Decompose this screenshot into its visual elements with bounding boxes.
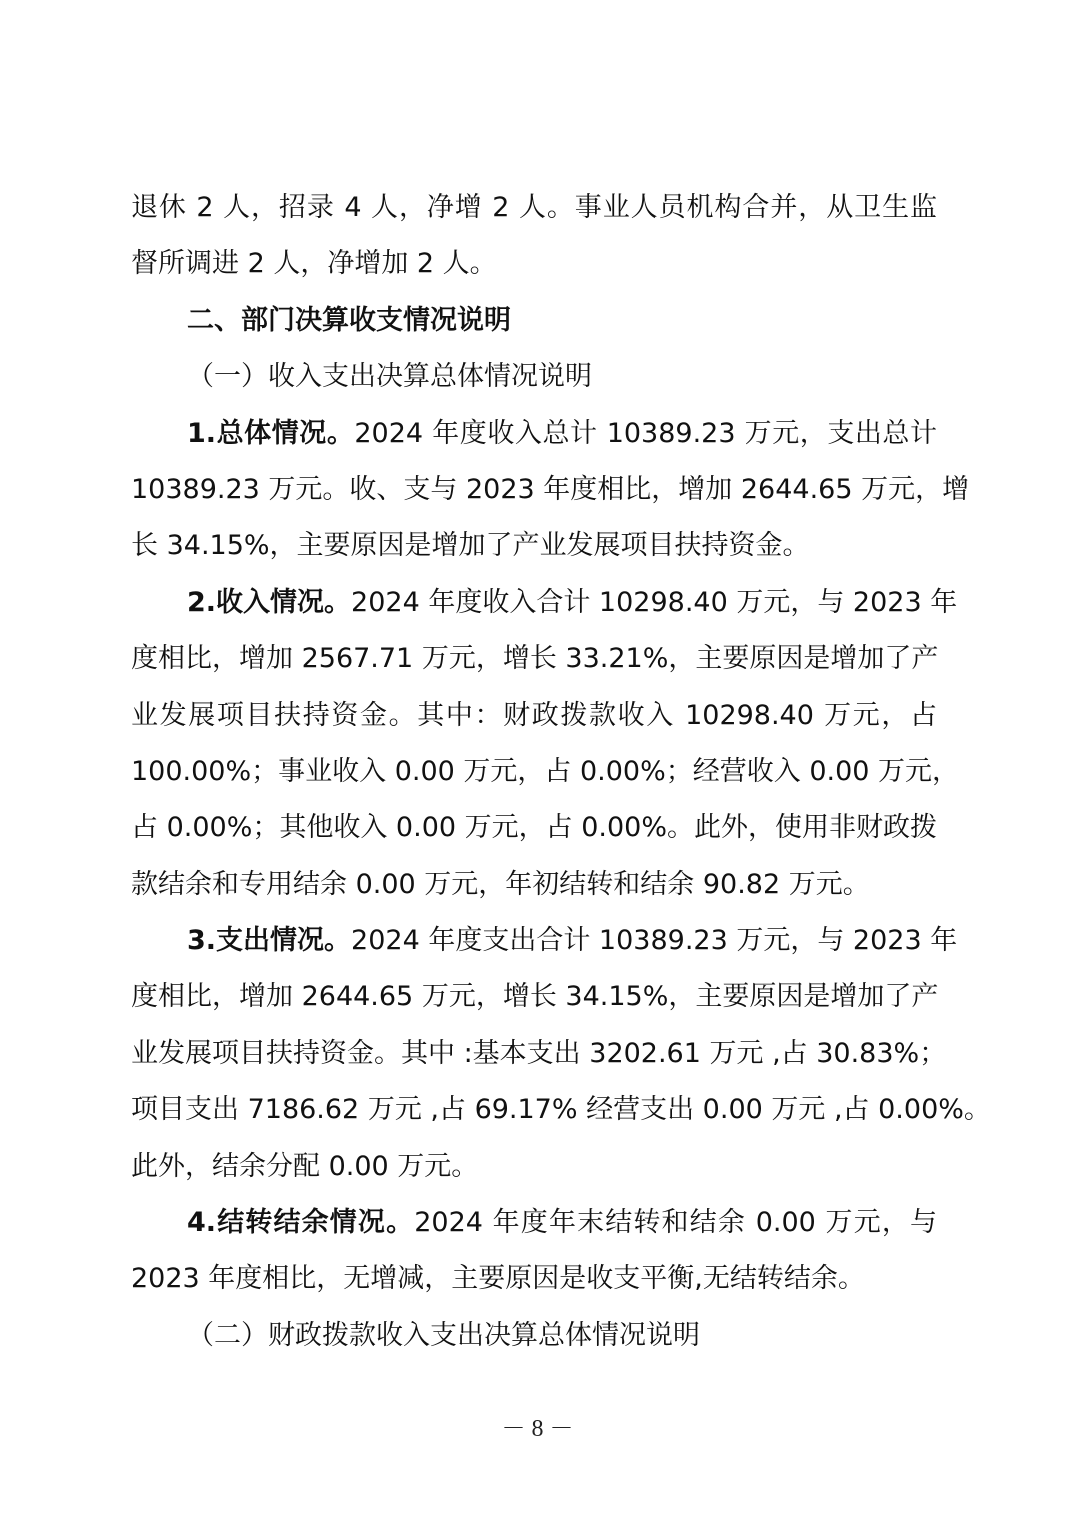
text-line: 占 0.00%；其他收入 0.00 万元，占 0.00%。此外，使用非财政拨 — [131, 806, 937, 862]
text-line: 督所调进 2 人，净增加 2 人。 — [131, 242, 937, 298]
paragraph-start: 3.支出情况。2024 年度支出合计 10389.23 万元，与 2023 年 — [131, 919, 937, 975]
document-page: 退休 2 人，招录 4 人，净增 2 人。事业人员机构合并，从卫生监 督所调进 … — [131, 186, 937, 1370]
text-line: 度相比，增加 2644.65 万元，增长 34.15%，主要原因是增加了产 — [131, 975, 937, 1031]
subsection-heading: （二）财政拨款收入支出决算总体情况说明 — [131, 1314, 937, 1370]
text-line: 退休 2 人，招录 4 人，净增 2 人。事业人员机构合并，从卫生监 — [131, 186, 937, 242]
page-number: － 8 － — [0, 1408, 1075, 1443]
text-line: 款结余和专用结余 0.00 万元，年初结转和结余 90.82 万元。 — [131, 863, 937, 919]
text-line: 2023 年度相比，无增减，主要原因是收支平衡,无结转结余。 — [131, 1257, 937, 1313]
text-line: 100.00%；事业收入 0.00 万元，占 0.00%；经营收入 0.00 万… — [131, 750, 937, 806]
paragraph-text: 2024 年度支出合计 10389.23 万元，与 2023 年 — [351, 925, 957, 956]
text-line: 项目支出 7186.62 万元 ,占 69.17% 经营支出 0.00 万元 ,… — [131, 1088, 937, 1144]
paragraph-start: 1.总体情况。2024 年度收入总计 10389.23 万元，支出总计 — [131, 412, 937, 468]
text-line: 10389.23 万元。收、支与 2023 年度相比，增加 2644.65 万元… — [131, 468, 937, 524]
paragraph-text: 2024 年度收入合计 10298.40 万元，与 2023 年 — [351, 587, 957, 618]
section-heading: 二、部门决算收支情况说明 — [131, 299, 937, 355]
text-line: 长 34.15%，主要原因是增加了产业发展项目扶持资金。 — [131, 524, 937, 580]
paragraph-text: 2024 年度年末结转和结余 0.00 万元，与 — [414, 1207, 937, 1238]
text-line: 度相比，增加 2567.71 万元，增长 33.21%，主要原因是增加了产 — [131, 637, 937, 693]
paragraph-lead: 2.收入情况。 — [187, 587, 351, 618]
text-line: 业发展项目扶持资金。其中 :基本支出 3202.61 万元 ,占 30.83%； — [131, 1032, 937, 1088]
paragraph-start: 2.收入情况。2024 年度收入合计 10298.40 万元，与 2023 年 — [131, 581, 937, 637]
text-line: 此外，结余分配 0.00 万元。 — [131, 1145, 937, 1201]
paragraph-start: 4.结转结余情况。2024 年度年末结转和结余 0.00 万元，与 — [131, 1201, 937, 1257]
paragraph-lead: 3.支出情况。 — [187, 925, 351, 956]
paragraph-lead: 1.总体情况。 — [187, 418, 354, 449]
paragraph-text: 2024 年度收入总计 10389.23 万元，支出总计 — [354, 418, 937, 449]
paragraph-lead: 4.结转结余情况。 — [187, 1207, 414, 1238]
subsection-heading: （一）收入支出决算总体情况说明 — [131, 355, 937, 411]
text-line: 业发展项目扶持资金。其中：财政拨款收入 10298.40 万元，占 — [131, 694, 937, 750]
